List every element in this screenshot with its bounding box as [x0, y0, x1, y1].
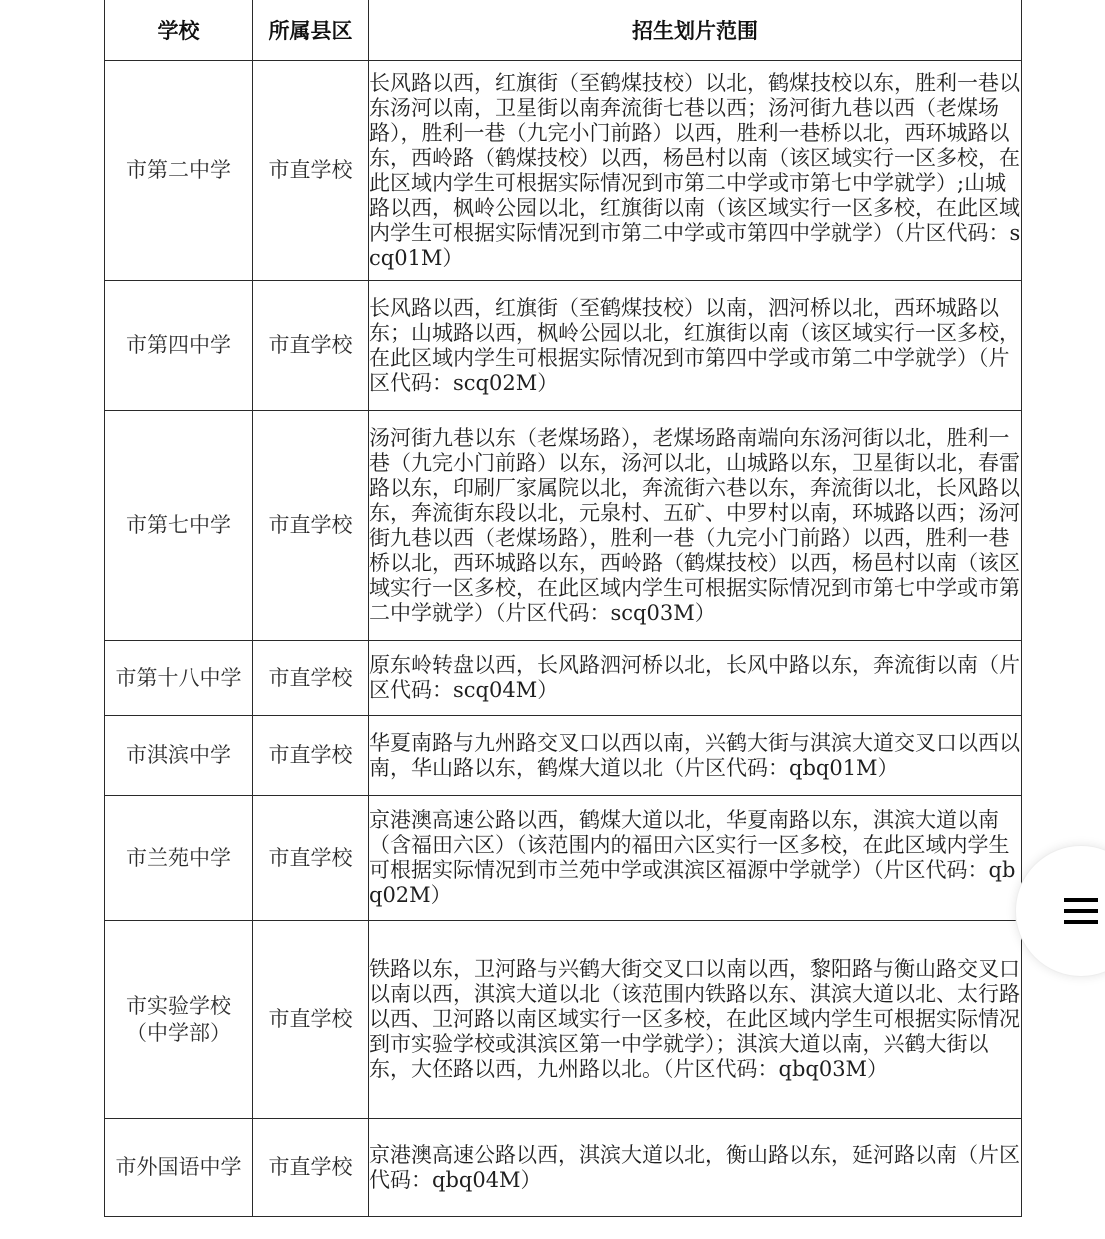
range-text: 长风路以西，红旗街（至鹤煤技校）以南，泗河桥以北，西环城路以东；山城路以西，枫岭…	[369, 296, 1021, 396]
district-cell: 市直学校	[253, 796, 369, 921]
range-text: 京港澳高速公路以西，鹤煤大道以北，华夏南路以东，淇滨大道以南（含福田六区）（该范…	[369, 808, 1021, 908]
range-cell: 京港澳高速公路以西，鹤煤大道以北，华夏南路以东，淇滨大道以南（含福田六区）（该范…	[369, 796, 1022, 921]
menu-icon	[1064, 898, 1098, 924]
range-text: 汤河街九巷以东（老煤场路），老煤场路南端向东汤河街以北，胜利一巷（九完小门前路）…	[369, 426, 1021, 626]
district-cell: 市直学校	[253, 281, 369, 411]
range-cell: 长风路以西，红旗街（至鹤煤技校）以南，泗河桥以北，西环城路以东；山城路以西，枫岭…	[369, 281, 1022, 411]
table-row: 市第四中学 市直学校 长风路以西，红旗街（至鹤煤技校）以南，泗河桥以北，西环城路…	[105, 281, 1022, 411]
school-name-line2: （中学部）	[105, 1020, 252, 1047]
range-cell: 铁路以东，卫河路与兴鹤大街交叉口以南以西，黎阳路与衡山路交叉口以南以西，淇滨大道…	[369, 921, 1022, 1119]
school-cell: 市外国语中学	[105, 1119, 253, 1217]
enrollment-zone-table: 学校 所属县区 招生划片范围 市第二中学 市直学校 长风路以西，红旗街（至鹤煤技…	[104, 0, 1022, 1217]
range-cell: 华夏南路与九州路交叉口以西以南，兴鹤大街与淇滨大道交叉口以西以南，华山路以东，鹤…	[369, 716, 1022, 796]
range-cell: 长风路以西，红旗街（至鹤煤技校）以北，鹤煤技校以东，胜利一巷以东汤河以南，卫星街…	[369, 61, 1022, 281]
range-text: 华夏南路与九州路交叉口以西以南，兴鹤大街与淇滨大道交叉口以西以南，华山路以东，鹤…	[369, 731, 1021, 781]
school-name-line1: 市实验学校	[105, 993, 252, 1020]
district-cell: 市直学校	[253, 1119, 369, 1217]
range-cell: 原东岭转盘以西，长风路泗河桥以北，长风中路以东，奔流街以南（片区代码：scq04…	[369, 641, 1022, 716]
document-page: 学校 所属县区 招生划片范围 市第二中学 市直学校 长风路以西，红旗街（至鹤煤技…	[0, 0, 1105, 1239]
table-header-row: 学校 所属县区 招生划片范围	[105, 0, 1022, 61]
header-range: 招生划片范围	[369, 0, 1022, 61]
table-row: 市第七中学 市直学校 汤河街九巷以东（老煤场路），老煤场路南端向东汤河街以北，胜…	[105, 411, 1022, 641]
range-cell: 汤河街九巷以东（老煤场路），老煤场路南端向东汤河街以北，胜利一巷（九完小门前路）…	[369, 411, 1022, 641]
district-cell: 市直学校	[253, 411, 369, 641]
range-text: 长风路以西，红旗街（至鹤煤技校）以北，鹤煤技校以东，胜利一巷以东汤河以南，卫星街…	[369, 71, 1021, 271]
table-row: 市外国语中学 市直学校 京港澳高速公路以西，淇滨大道以北，衡山路以东，延河路以南…	[105, 1119, 1022, 1217]
floating-menu-button[interactable]	[1015, 845, 1105, 977]
school-cell: 市第十八中学	[105, 641, 253, 716]
table-row: 市实验学校 （中学部） 市直学校 铁路以东，卫河路与兴鹤大街交叉口以南以西，黎阳…	[105, 921, 1022, 1119]
district-cell: 市直学校	[253, 641, 369, 716]
district-cell: 市直学校	[253, 921, 369, 1119]
school-cell: 市实验学校 （中学部）	[105, 921, 253, 1119]
table-row: 市淇滨中学 市直学校 华夏南路与九州路交叉口以西以南，兴鹤大街与淇滨大道交叉口以…	[105, 716, 1022, 796]
table-row: 市第十八中学 市直学校 原东岭转盘以西，长风路泗河桥以北，长风中路以东，奔流街以…	[105, 641, 1022, 716]
district-cell: 市直学校	[253, 716, 369, 796]
header-school: 学校	[105, 0, 253, 61]
school-cell: 市兰苑中学	[105, 796, 253, 921]
header-district: 所属县区	[253, 0, 369, 61]
district-cell: 市直学校	[253, 61, 369, 281]
table-row: 市第二中学 市直学校 长风路以西，红旗街（至鹤煤技校）以北，鹤煤技校以东，胜利一…	[105, 61, 1022, 281]
school-cell: 市第二中学	[105, 61, 253, 281]
range-text: 原东岭转盘以西，长风路泗河桥以北，长风中路以东，奔流街以南（片区代码：scq04…	[369, 653, 1021, 703]
school-cell: 市淇滨中学	[105, 716, 253, 796]
range-text: 铁路以东，卫河路与兴鹤大街交叉口以南以西，黎阳路与衡山路交叉口以南以西，淇滨大道…	[369, 957, 1021, 1082]
range-cell: 京港澳高速公路以西，淇滨大道以北，衡山路以东，延河路以南（片区代码：qbq04M…	[369, 1119, 1022, 1217]
school-cell: 市第七中学	[105, 411, 253, 641]
table-row: 市兰苑中学 市直学校 京港澳高速公路以西，鹤煤大道以北，华夏南路以东，淇滨大道以…	[105, 796, 1022, 921]
range-text: 京港澳高速公路以西，淇滨大道以北，衡山路以东，延河路以南（片区代码：qbq04M…	[369, 1143, 1021, 1193]
school-cell: 市第四中学	[105, 281, 253, 411]
